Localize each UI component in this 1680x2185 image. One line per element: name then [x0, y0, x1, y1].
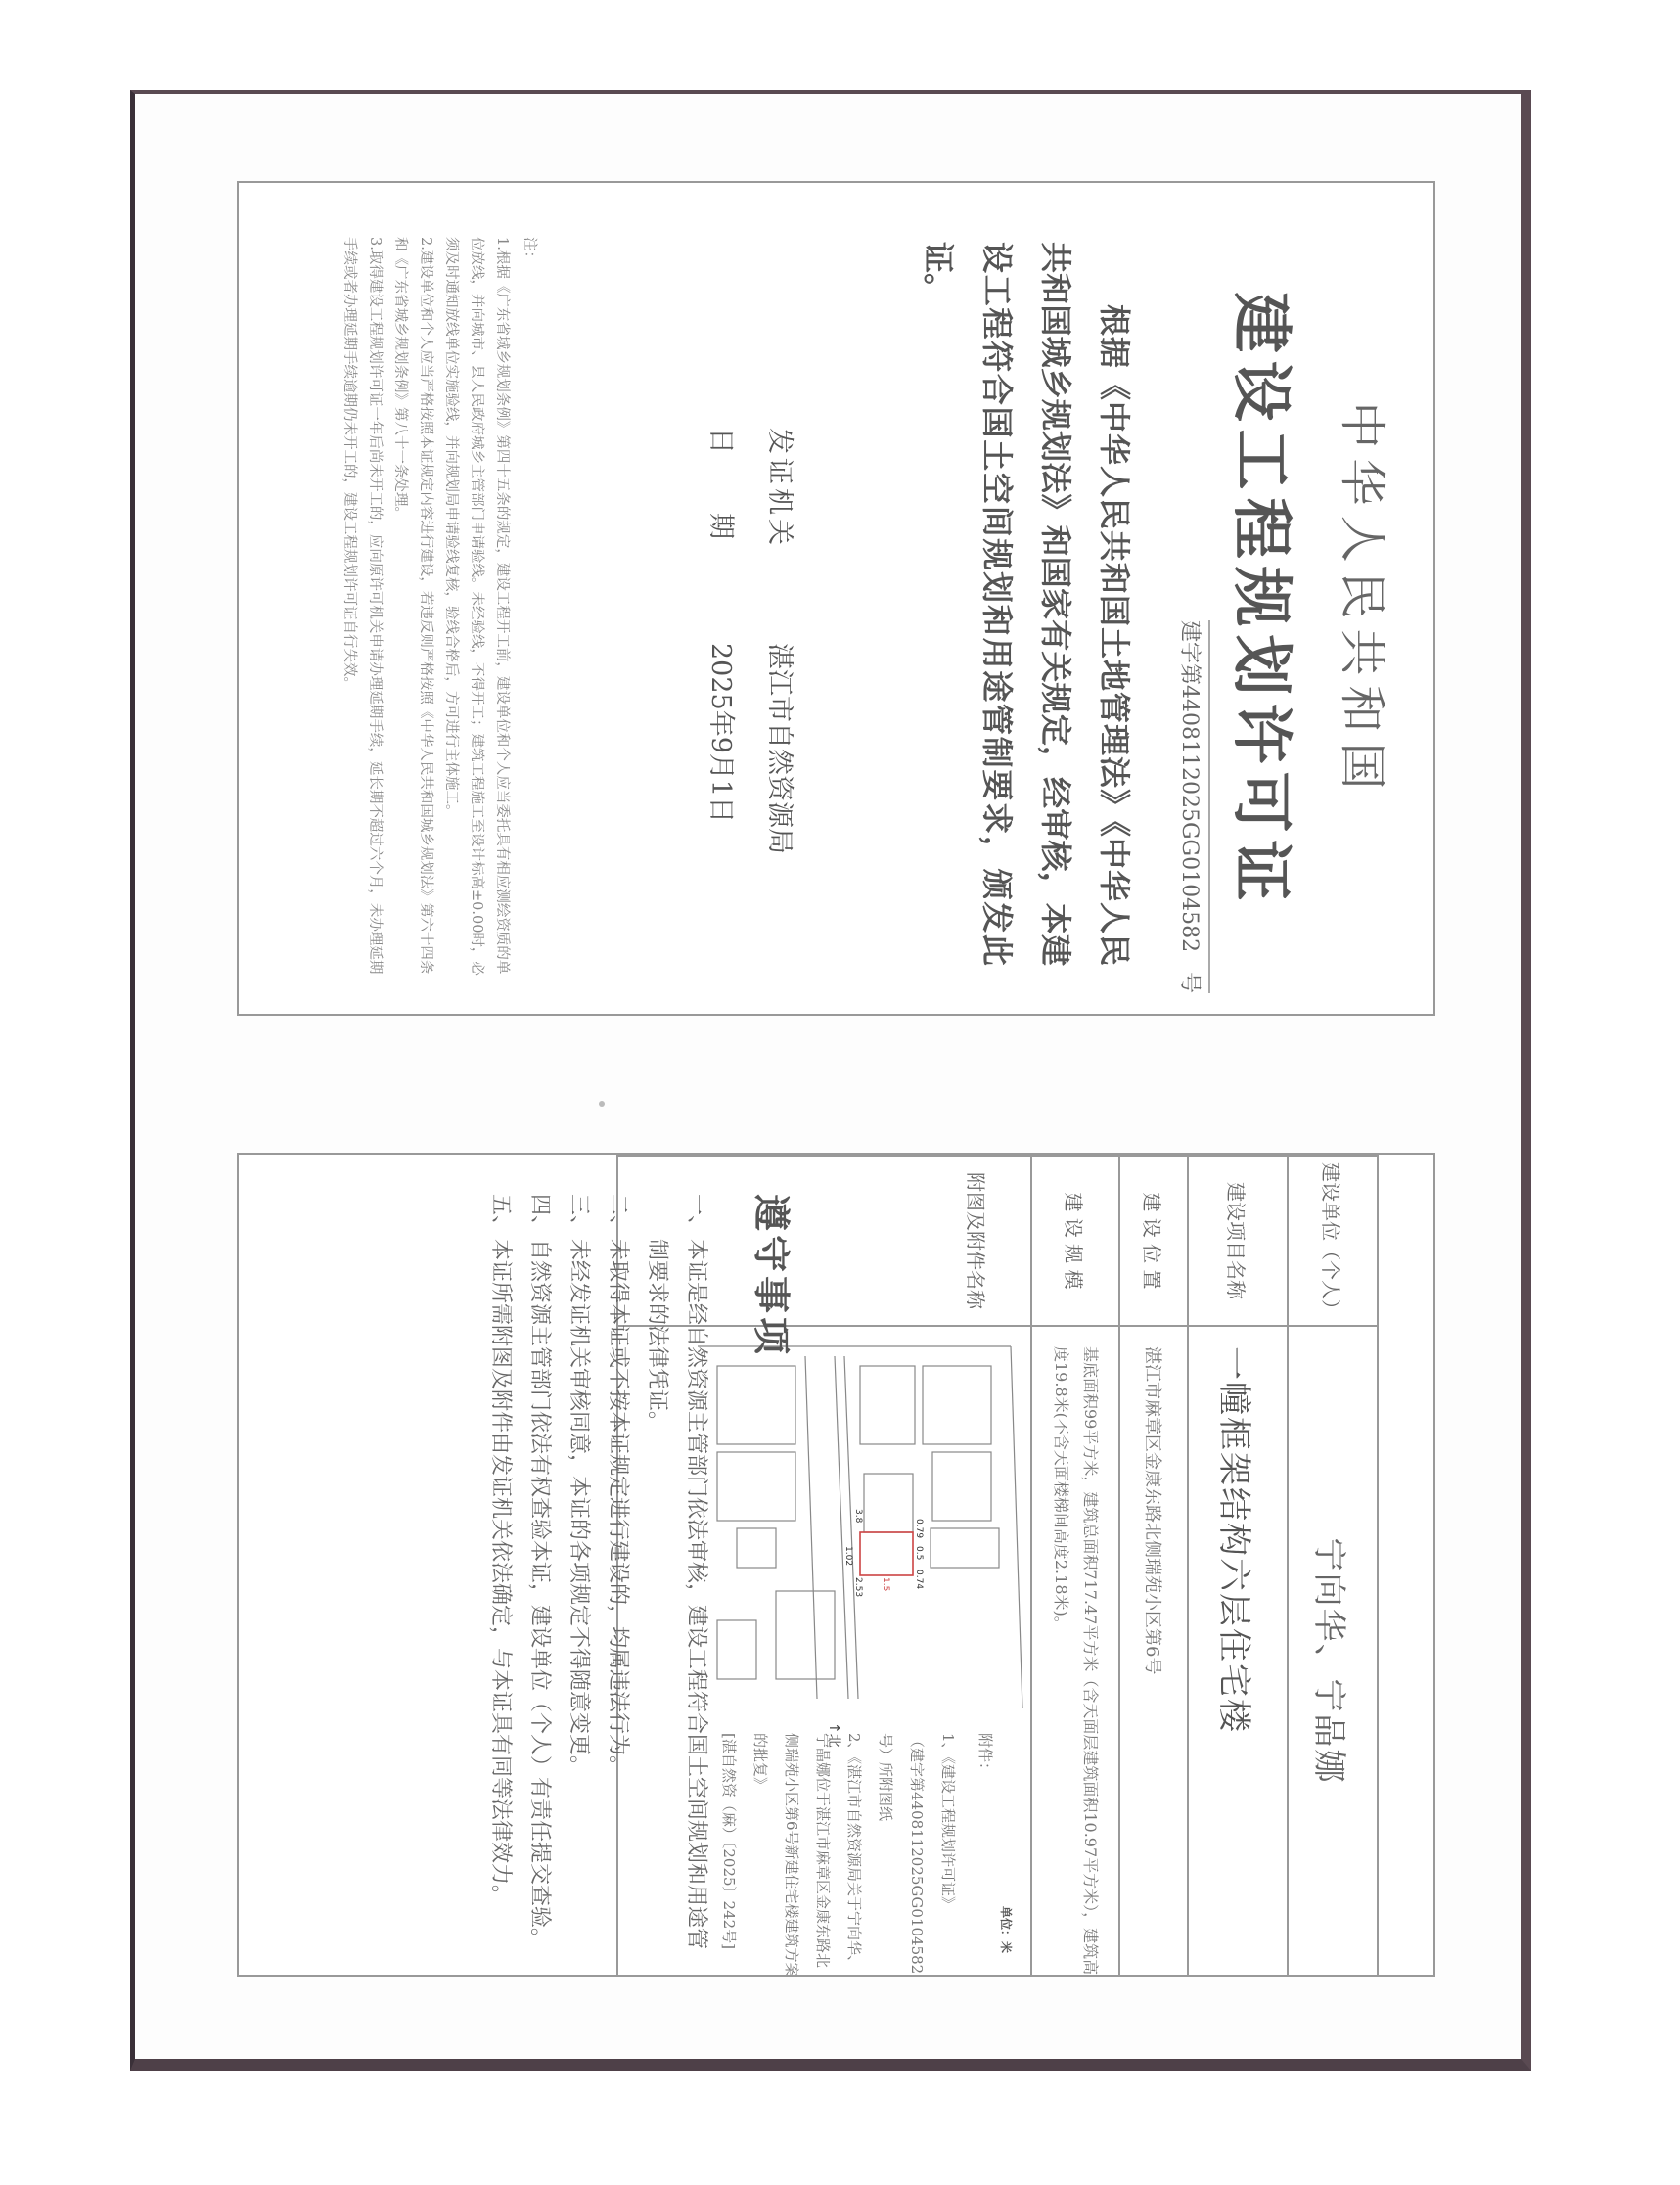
note-item: 3.取得建设工程规划许可证一年后尚未开工的，应向原许可机关申请办理延期手续，延长… [337, 237, 387, 980]
svg-text:3.8: 3.8 [853, 1509, 863, 1524]
date-value: 2025年9月1日 [684, 643, 743, 823]
rule-item: 一、本证是经自然资源主管部门依法审核，建设工程符合国土空间规划和用途管制要求的法… [637, 1194, 715, 1957]
rule-item: 三、未经发证机关审核同意，本证的各项规定不得随意变更。 [559, 1194, 598, 1957]
row-label: 建 设 规 模 [1031, 1156, 1119, 1326]
rule-item: 四、自然资源主管部门依法有权查验本证，建设单位（个人）有责任提交查验。 [520, 1194, 559, 1957]
svg-text:0.79: 0.79 [914, 1519, 924, 1538]
rule-item: 五、本证所需附图及附件由发证机关依法确定，与本证具有同等法律效力。 [480, 1194, 520, 1957]
permit-number: 建字第440811202​5GG0104582号 [1176, 620, 1210, 993]
issuer-block: 发证机关 湛江市自然资源局 日期 2025年9月1日 [684, 428, 801, 976]
svg-text:2.53: 2.53 [853, 1577, 863, 1597]
project-details-table: 建设单位（个人） 宁向华、宁晶娜 建设项目名称 一幢框架结构六层住宅楼 建 设 … [616, 1155, 1379, 1977]
rules-list: 一、本证是经自然资源主管部门依法审核，建设工程符合国土空间规划和用途管制要求的法… [480, 1194, 715, 1957]
notes-header: 注： [517, 237, 542, 980]
permit-number-value: 建字第440811202​5GG0104582 [1177, 620, 1202, 952]
rule-item: 二、未取得本证或不按本证规定进行建设的，均属违法行为。 [598, 1194, 637, 1957]
table-row: 建 设 规 模 基底面积99平方米，建筑总面积717.47平方米（含天面层建筑面… [1031, 1156, 1119, 1977]
row-label: 建设项目名称 [1188, 1156, 1288, 1326]
date-label: 日期 [684, 428, 743, 643]
row-value-applicant: 宁向华、宁晶娜 [1288, 1326, 1378, 1977]
row-value-project-name: 一幢框架结构六层住宅楼 [1188, 1326, 1288, 1977]
permit-details-panel: 建设单位（个人） 宁向华、宁晶娜 建设项目名称 一幢框架结构六层住宅楼 建 设 … [237, 1153, 1435, 1977]
table-row: 建 设 位 置 湛江市麻章区金康东路北侧瑞苑小区第6号 [1119, 1156, 1188, 1977]
attachment-item: 1、《建设工程规划许可证》 [932, 1733, 964, 1977]
row-label: 建 设 位 置 [1119, 1156, 1188, 1326]
svg-text:0.5: 0.5 [914, 1546, 924, 1560]
fold-mark [599, 1101, 605, 1107]
rules-title: 遵守事项 [748, 1194, 801, 1358]
svg-text:1.5: 1.5 [881, 1577, 890, 1591]
issuer-label: 发证机关 [743, 428, 801, 643]
table-row: 建设项目名称 一幢框架结构六层住宅楼 [1188, 1156, 1288, 1977]
attachments-list: 附件： 1、《建设工程规划许可证》 （建字第440811202​5GG01045… [713, 1733, 1001, 1977]
permit-number-suffix: 号 [1177, 972, 1202, 993]
issuer-value: 湛江市自然资源局 [743, 643, 801, 854]
permit-notes: 注： 1.根据《广东省城乡规划条例》第四十五条的规定，建设工程开工前，建设单位和… [337, 237, 542, 980]
country-heading: 中华人民共和国 [1333, 183, 1400, 1016]
note-item: 2.建设单位和个人应当严格按照本证规定内容进行建设，若违反则严格按照《中华人民共… [387, 237, 438, 980]
attachment-item: [湛自然资（麻）〔2025〕242号] [713, 1733, 745, 1977]
permit-body-text: 根据《中华人民共和国土地管理法》《中华人民共和国城乡规划法》和国家有关规定，经审… [909, 242, 1144, 966]
attachment-item: （建字第440811202​5GG0104582号）所附图纸 [870, 1733, 932, 1977]
attachment-item: 2、《湛江市自然资源局关于宁向华、宁晶娜位于湛江市麻章区金康东路北侧瑞苑小区第6… [745, 1733, 870, 1977]
row-value-location: 湛江市麻章区金康东路北侧瑞苑小区第6号 [1119, 1326, 1188, 1977]
row-label: 建设单位（个人） [1288, 1156, 1378, 1326]
attachments-header: 附件： [970, 1733, 1001, 1977]
permit-title: 建设工程规划许可证 [1223, 183, 1310, 1016]
table-row: 建设单位（个人） 宁向华、宁晶娜 [1288, 1156, 1378, 1977]
svg-text:1.02: 1.02 [843, 1546, 853, 1566]
svg-text:0.74: 0.74 [914, 1570, 924, 1589]
permit-face-panel: 中华人民共和国 建设工程规划许可证 建字第440811202​5GG010458… [237, 181, 1435, 1016]
row-value-scale: 基底面积99平方米，建筑总面积717.47平方米（含天面层建筑面积10.97平方… [1031, 1326, 1119, 1977]
note-item: 1.根据《广东省城乡规划条例》第四十五条的规定，建设工程开工前，建设单位和个人应… [438, 237, 515, 980]
site-plan-drawing: 0.79 0.5 0.74 1.5 2.53 1.02 3.8 [668, 1327, 1030, 1718]
